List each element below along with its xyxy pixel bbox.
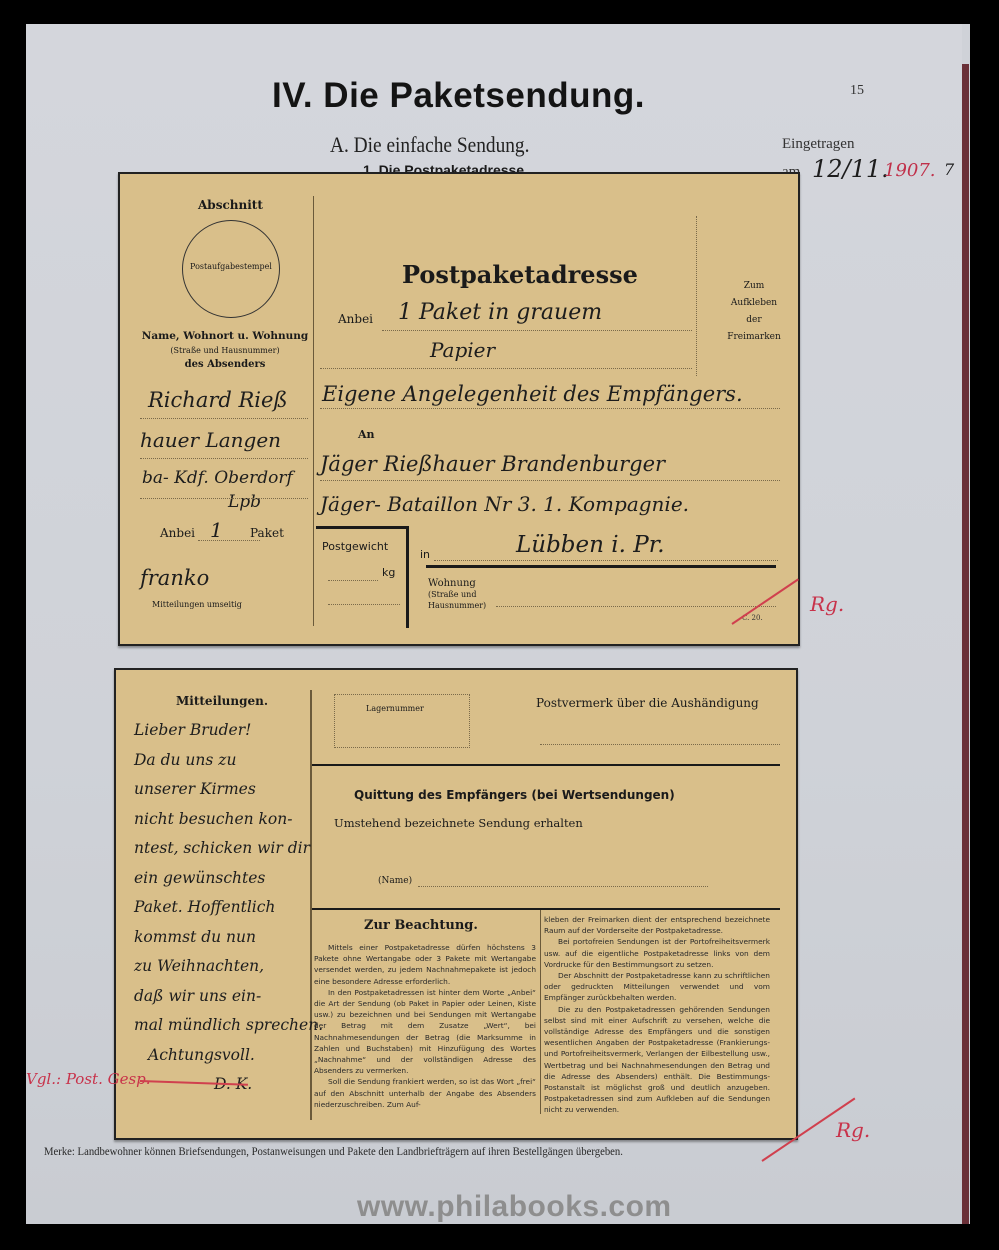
franko-handwritten: franko: [140, 566, 209, 590]
letter-line: ntest, schicken wir dir: [134, 834, 310, 864]
letter-line: mal mündlich sprechen.: [134, 1011, 310, 1041]
wohnung-line: [496, 606, 776, 607]
red-initials-1: Rg.: [810, 592, 844, 616]
beachtung-top-rule: [312, 908, 780, 910]
postmark-label: Postaufgabestempel: [182, 262, 280, 271]
postpaketadresse-front-card: Abschnitt Postaufgabestempel Name, Wohno…: [118, 172, 800, 646]
abschnitt-anbei-label: Anbei: [160, 526, 195, 540]
page-title: IV. Die Paketsendung.: [272, 76, 645, 116]
stamp-area-line-1: Zum: [724, 278, 784, 295]
quittung-title: Quittung des Empfängers (bei Wertsendung…: [354, 788, 675, 802]
beachtung-paragraph: Mittels einer Postpaketadresse dürfen hö…: [314, 942, 536, 987]
sender-handwritten-line-2: hauer Langen: [140, 428, 281, 452]
sender-line: [140, 458, 308, 459]
letter-line: nicht besuchen kon-: [134, 805, 310, 835]
wohnung-label-3: Hausnummer): [428, 600, 486, 611]
beachtung-paragraph: Bei portofreien Sendungen ist der Portof…: [544, 936, 770, 970]
postvermerk-label: Postvermerk über die Aushändigung: [536, 696, 759, 710]
wohnung-label: Wohnung (Straße und Hausnummer): [428, 578, 486, 611]
sender-handwritten-line-4: Lpb: [228, 492, 261, 512]
beachtung-column-2: kleben der Freimarken dient der entsprec…: [544, 914, 770, 1116]
kg-label: kg: [382, 566, 395, 579]
beachtung-column-1: Mittels einer Postpaketadresse dürfen hö…: [314, 942, 536, 1110]
main-anbei-handwritten-2: Papier: [430, 338, 495, 362]
stamp-area-label: Zum Aufkleben der Freimarken: [724, 278, 784, 346]
letter-line: kommst du nun: [134, 923, 310, 953]
letter-line: daß wir uns ein-: [134, 982, 310, 1012]
anbei-line: [382, 330, 692, 331]
letter-line: Lieber Bruder!: [134, 716, 310, 746]
lagernummer-label: Lagernummer: [366, 704, 424, 713]
postpaketadresse-back-card: Mitteilungen. Lieber Bruder! Da du uns z…: [114, 668, 798, 1140]
stamp-area-line-3: der: [724, 312, 784, 329]
footer-note: Merke: Landbewohner können Briefsendunge…: [44, 1146, 623, 1158]
wohnung-label-1: Wohnung: [428, 578, 486, 589]
sender-label-des: des Absenders: [140, 359, 310, 370]
stamp-area-line-2: Aufkleben: [724, 295, 784, 312]
registered-year-red: 1907.: [884, 160, 936, 181]
beachtung-paragraph: kleben der Freimarken dient der entsprec…: [544, 914, 770, 936]
beachtung-paragraph: In den Postpaketadressen ist hinter dem …: [314, 987, 536, 1077]
beachtung-paragraph: Soll die Sendung frankiert werden, so is…: [314, 1076, 536, 1110]
sender-line: [140, 418, 308, 419]
kg-line: [328, 580, 378, 581]
name-label: (Name): [378, 876, 412, 886]
watermark: www.philabooks.com: [357, 1190, 672, 1224]
anbei-line: [198, 540, 260, 541]
letter-line: Da du uns zu: [134, 746, 310, 776]
postgewicht-box-top: [316, 526, 408, 529]
postgewicht-label: Postgewicht: [322, 540, 388, 553]
abschnitt-label: Abschnitt: [198, 198, 263, 212]
sender-handwritten-line-3: ba- Kdf. Oberdorf: [142, 468, 293, 488]
an-label: An: [358, 428, 375, 441]
quittung-text: Umstehend bezeichnete Sendung erhalten: [334, 816, 583, 830]
destination-underline: [426, 565, 776, 568]
abschnitt-anbei-count: 1: [210, 518, 223, 542]
sender-handwritten-line-1: Richard Rieß: [148, 388, 287, 412]
page-number: 15: [850, 83, 864, 99]
note-handwritten: Eigene Angelegenheit des Empfängers.: [322, 382, 743, 406]
sender-label: Name, Wohnort u. Wohnung: [140, 330, 310, 342]
recipient-handwritten-1: Jäger Rießhauer Brandenburger: [320, 452, 665, 476]
margin-red-note: Vgl.: Post. Gesp.: [26, 1070, 151, 1088]
postvermerk-line: [540, 744, 780, 745]
letter-line: Paket. Hoffentlich: [134, 893, 310, 923]
form-title: Postpaketadresse: [402, 260, 638, 289]
name-signature-line: [418, 886, 708, 887]
mitteilungen-divider: [310, 690, 312, 1120]
wohnung-label-2: (Straße und: [428, 589, 486, 600]
beachtung-paragraph: Die zu den Postpaketadressen gehörenden …: [544, 1004, 770, 1116]
postgewicht-box-side: [406, 526, 409, 628]
stamp-area-line-4: Freimarken: [724, 329, 784, 346]
beachtung-paragraph: Der Abschnitt der Postpaketadresse kann …: [544, 970, 770, 1004]
note-line: [320, 408, 780, 409]
mitteilungen-umseitig: Mitteilungen umseitig: [152, 600, 242, 609]
sender-line: [140, 498, 308, 499]
edge-mark: 7: [944, 160, 954, 179]
destination-line: [434, 560, 778, 561]
sender-label-street: (Straße und Hausnummer): [140, 346, 310, 355]
mitteilungen-label: Mitteilungen.: [176, 694, 268, 708]
beachtung-title: Zur Beachtung.: [364, 918, 478, 933]
destination-handwritten: Lübben i. Pr.: [516, 532, 665, 558]
beachtung-column-divider: [540, 910, 541, 1114]
recipient-handwritten-2: Jäger- Bataillon Nr 3. 1. Kompagnie.: [320, 492, 689, 516]
registered-date-handwritten: 12/11.: [812, 155, 889, 183]
paket-label: Paket: [250, 526, 284, 540]
quittung-top-rule: [312, 764, 780, 766]
letter-line: ein gewünschtes: [134, 864, 310, 894]
kg-line: [328, 604, 400, 605]
letter-line: Achtungsvoll.: [134, 1041, 310, 1071]
registered-label: Eingetragen: [782, 136, 854, 153]
lagernummer-box: [334, 694, 470, 748]
letter-handwritten: Lieber Bruder! Da du uns zu unserer Kirm…: [134, 716, 310, 1100]
anbei-line: [320, 368, 692, 369]
abschnitt-divider: [313, 196, 314, 626]
letter-line: unserer Kirmes: [134, 775, 310, 805]
letter-line: zu Weihnachten,: [134, 952, 310, 982]
page-subtitle: A. Die einfache Sendung.: [330, 132, 529, 158]
red-initials-2: Rg.: [836, 1118, 870, 1142]
stamp-area-divider: [696, 216, 698, 376]
main-anbei-handwritten: 1 Paket in grauem: [398, 300, 602, 325]
recipient-line: [320, 480, 780, 481]
main-anbei-label: Anbei: [338, 312, 373, 326]
in-label: in: [420, 548, 430, 561]
